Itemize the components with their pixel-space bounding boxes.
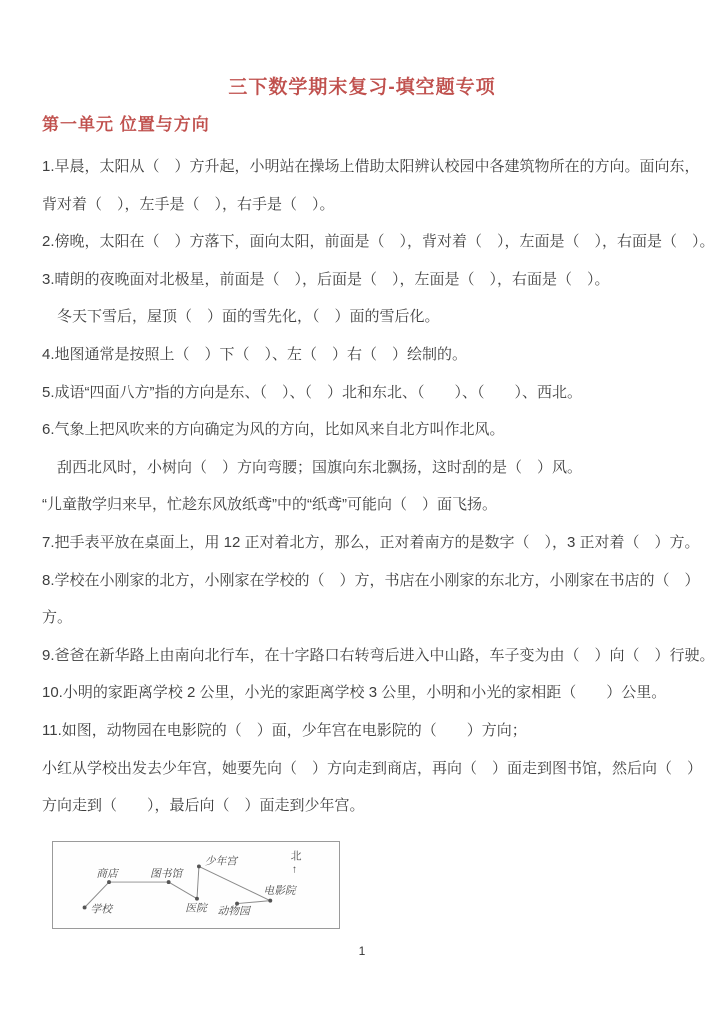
map-label-library: 图书馆 <box>150 867 185 880</box>
section-heading: 第一单元 位置与方向 <box>42 110 210 135</box>
question-8-line-1: 8.学校在小刚家的北方，小刚家在学校的（ ）方，书店在小刚家的东北方，小刚家在书… <box>42 562 690 600</box>
question-9: 9.爸爸在新华路上由南向北行车，在十字路口右转弯后进入中山路，车子变为由（ ）向… <box>42 637 690 675</box>
question-1-line-1: 1.早晨，太阳从（ ）方升起，小明站在操场上借助太阳辨认校园中各建筑物所在的方向… <box>42 148 690 186</box>
worksheet-page: 三下数学期末复习-填空题专项 第一单元 位置与方向 1.早晨，太阳从（ ）方升起… <box>0 0 724 1024</box>
question-6-line-3: “儿童散学归来早，忙趁东风放纸鸢”中的“纸鸢”可能向（ ）面飞扬。 <box>42 486 690 524</box>
question-11-line-2: 小红从学校出发去少年宫，她要先向（ ）方向走到商店，再向（ ）面走到图书馆，然后… <box>42 750 690 788</box>
map-label-shop: 商店 <box>96 867 120 880</box>
map-label-youth-palace: 少年宫 <box>205 854 240 867</box>
route-map: 学校 商店 图书馆 医院 少年宫 电影院 动物园 北 ↑ <box>53 842 339 928</box>
question-6-line-2: 刮西北风时，小树向（ ）方向弯腰；国旗向东北飘扬，这时刮的是（ ）风。 <box>42 449 690 487</box>
page-number: 1 <box>0 944 724 958</box>
map-label-hospital: 医院 <box>185 901 209 914</box>
page-title: 三下数学期末复习-填空题专项 <box>0 72 724 99</box>
question-1-line-2: 背对着（ ），左手是（ ），右手是（ ）。 <box>42 186 690 224</box>
question-2: 2.傍晚，太阳在（ ）方落下，面向太阳，前面是（ ），背对着（ ），左面是（ ）… <box>42 223 690 261</box>
route-map-figure: 学校 商店 图书馆 医院 少年宫 电影院 动物园 北 ↑ <box>52 841 340 929</box>
question-4: 4.地图通常是按照上（ ）下（ ）、左（ ）右（ ）绘制的。 <box>42 336 690 374</box>
question-3-line-2: 冬天下雪后，屋顶（ ）面的雪先化，（ ）面的雪后化。 <box>42 298 690 336</box>
map-label-cinema: 电影院 <box>263 884 298 897</box>
north-arrow-icon: ↑ <box>292 863 297 875</box>
question-8-line-2: 方。 <box>42 599 690 637</box>
question-5: 5.成语“四面八方”指的方向是东、（ ）、（ ）北和东北、（ ）、（ ）、西北。 <box>42 374 690 412</box>
map-label-zoo: 动物园 <box>218 904 253 917</box>
question-10: 10.小明的家距离学校 2 公里，小光的家距离学校 3 公里，小明和小光的家相距… <box>42 674 690 712</box>
question-7: 7.把手表平放在桌面上，用 12 正对着北方，那么，正对着南方的是数字（ ），3… <box>42 524 690 562</box>
question-6-line-1: 6.气象上把风吹来的方向确定为风的方向，比如风来自北方叫作北风。 <box>42 411 690 449</box>
north-label: 北 <box>291 851 302 863</box>
north-indicator: 北 ↑ <box>291 851 302 876</box>
map-label-school: 学校 <box>90 902 114 915</box>
question-3-line-1: 3.晴朗的夜晚面对北极星，前面是（ ），后面是（ ），左面是（ ），右面是（ ）… <box>42 261 690 299</box>
question-11-line-1: 11.如图，动物园在电影院的（ ）面，少年宫在电影院的（ ）方向； <box>42 712 690 750</box>
question-11-line-3: 方向走到（ ），最后向（ ）面走到少年宫。 <box>42 787 690 825</box>
question-list: 1.早晨，太阳从（ ）方升起，小明站在操场上借助太阳辨认校园中各建筑物所在的方向… <box>42 148 690 825</box>
